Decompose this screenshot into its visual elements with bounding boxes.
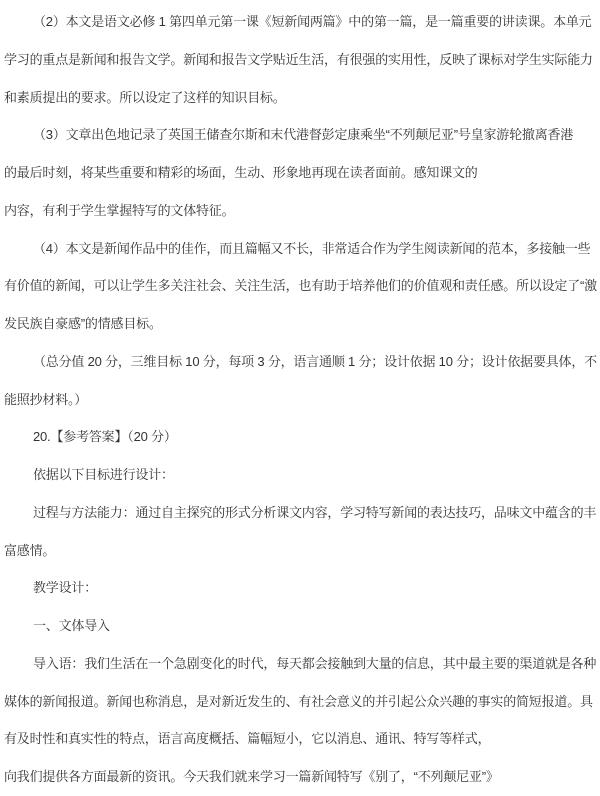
text-line: （4）本文是新闻作品中的佳作，而且篇幅又不长，非常适合作为学生阅读新闻的范本，多…	[4, 230, 596, 268]
text-line: 媒体的新闻报道。新闻也称消息，是对新近发生的、有社会意义的并引起公众兴趣的事实的…	[4, 683, 596, 721]
text-line: 富感情。	[4, 532, 596, 570]
text-line: 的最后时刻，将某些重要和精彩的场面，生动、形象地再现在读者面前。感知课文的	[4, 154, 596, 192]
text-line: 能照抄材料。）	[4, 381, 596, 419]
text-line: 20.【参考答案】（20 分）	[4, 418, 596, 456]
text-line: 导入语：我们生活在一个急剧变化的时代，每天都会接触到大量的信息，其中最主要的渠道…	[4, 645, 596, 683]
text-line: （3）文章出色地记录了英国王储查尔斯和末代港督彭定康乘坐“不列颠尼亚”号皇家游轮…	[4, 116, 596, 154]
text-line: 依据以下目标进行设计：	[4, 456, 596, 494]
text-line: 教学设计：	[4, 569, 596, 607]
text-line: 内容，有利于学生掌握特写的文体特征。	[4, 192, 596, 230]
text-line: （总分值 20 分，三维目标 10 分，每项 3 分，语言通顺 1 分；设计依据…	[4, 343, 596, 381]
text-line: 和素质提出的要求。所以设定了这样的知识目标。	[4, 79, 596, 117]
text-line: 有及时性和真实性的特点，语言高度概括、篇幅短小，它以消息、通讯、特写等样式，	[4, 720, 596, 758]
text-line: 向我们提供各方面最新的资讯。今天我们就来学习一篇新闻特写《别了，“不列颠尼亚”》	[4, 758, 596, 796]
text-line: 学习的重点是新闻和报告文学。新闻和报告文学贴近生活，有很强的实用性，反映了课标对…	[4, 41, 596, 79]
text-line: 有价值的新闻，可以让学生多关注社会、关注生活，也有助于培养他们的价值观和责任感。…	[4, 267, 596, 305]
text-line: 一、文体导入	[4, 607, 596, 645]
text-line: 过程与方法能力：通过自主探究的形式分析课文内容，学习特写新闻的表达技巧，品味文中…	[4, 494, 596, 532]
text-line: 发民族自豪感”的情感目标。	[4, 305, 596, 343]
document-page: （2）本文是语文必修 1 第四单元第一课《短新闻两篇》中的第一篇，是一篇重要的讲…	[0, 0, 600, 796]
text-line: （2）本文是语文必修 1 第四单元第一课《短新闻两篇》中的第一篇，是一篇重要的讲…	[4, 3, 596, 41]
